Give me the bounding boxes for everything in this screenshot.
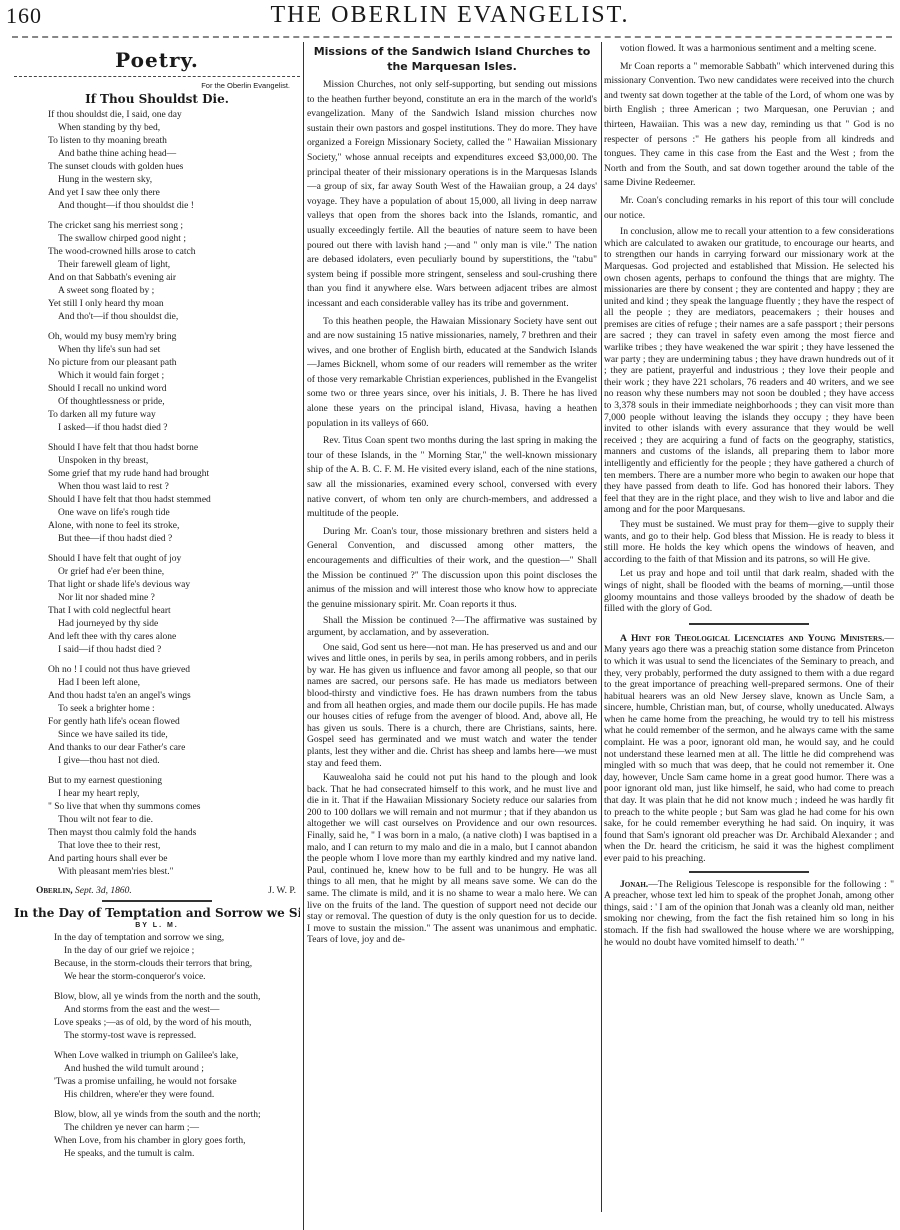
poem-title: In the Day of Temptation and Sorrow we S…	[14, 906, 300, 920]
paragraph: To this heathen people, the Hawaian Miss…	[307, 315, 597, 432]
poem-line: The swallow chirped good night ;	[48, 233, 300, 246]
poem-line: And bathe thine aching head—	[48, 148, 300, 161]
column-divider	[303, 42, 304, 1230]
poem-line: That light or shade life's devious way	[48, 579, 300, 592]
poem-line: Should I have felt that thou hadst borne	[48, 442, 300, 455]
hint-body: —Many years ago there was a preachig sta…	[604, 633, 894, 864]
article-body-continued: Shall the Mission be continued ?—The aff…	[307, 615, 597, 946]
poem-body: If thou shouldst die, I said, one dayWhe…	[14, 109, 300, 879]
masthead-rule	[12, 36, 892, 38]
stanza: The cricket sang his merriest song ;The …	[48, 220, 300, 324]
stanza: Should I have felt that ought of joyOr g…	[48, 553, 300, 657]
poem-line: To listen to thy moaning breath	[48, 135, 300, 148]
poem-line: 'Twas a promise unfailing, he would not …	[54, 1076, 300, 1089]
poem-line: When Love walked in triumph on Galilee's…	[54, 1050, 300, 1063]
poem-line: But thee—if thou hadst died ?	[48, 533, 300, 546]
poem-line: Since we have sailed its tide,	[48, 729, 300, 742]
poem-signoff: Oberlin, Sept. 3d, 1860. J. W. P.	[36, 886, 296, 896]
poem-line: Had journeyed by thy side	[48, 618, 300, 631]
poem-line: And thought—if thou shouldst die !	[48, 200, 300, 213]
poem-line: That love thee to their rest,	[48, 840, 300, 853]
stanza: Oh no ! I could not thus have grievedHad…	[48, 664, 300, 768]
divider	[14, 76, 300, 77]
article-body: votion flowed. It was a harmonious senti…	[604, 42, 894, 223]
poem-line: The wood-crowned hills arose to catch	[48, 246, 300, 259]
poem-line: The children ye never can harm ;—	[54, 1122, 300, 1135]
poem-line: Their farewell gleam of light,	[48, 259, 300, 272]
poem-line: Oh no ! I could not thus have grieved	[48, 664, 300, 677]
article-title: Missions of the Sandwich Island Churches…	[307, 44, 597, 74]
poem-line: When thy life's sun had set	[48, 344, 300, 357]
paragraph: Kauwealoha said he could not put his han…	[307, 772, 597, 946]
paragraph: One said, God sent us here—not man. He h…	[307, 642, 597, 770]
column-continuation: votion flowed. It was a harmonious senti…	[604, 42, 894, 1230]
poem-line: And left thee with thy cares alone	[48, 631, 300, 644]
hint-heading: A Hint for Theological Licenciates and Y…	[620, 633, 884, 644]
jonah-body: —The Religious Telescope is responsible …	[604, 879, 894, 948]
poem-line: Alone, with none to feel its stroke,	[48, 520, 300, 533]
column-poetry: Poetry. For the Oberlin Evangelist. If T…	[14, 42, 300, 1230]
stanza: Blow, blow, all ye winds from the south …	[54, 1109, 300, 1161]
paragraph: During Mr. Coan's tour, those missionary…	[307, 525, 597, 613]
poem-line: To seek a brighter home :	[48, 703, 300, 716]
poem-line: Should I have felt that thou hadst stemm…	[48, 494, 300, 507]
stanza: If thou shouldst die, I said, one dayWhe…	[48, 109, 300, 213]
poem-line: Unspoken in thy breast,	[48, 455, 300, 468]
paragraph: votion flowed. It was a harmonious senti…	[604, 42, 894, 57]
section-heading-poetry: Poetry.	[14, 48, 300, 72]
poem-line: Of thoughtlessness or pride,	[48, 396, 300, 409]
stanza: When Love walked in triumph on Galilee's…	[54, 1050, 300, 1102]
divider	[689, 871, 809, 873]
poem-line: Yet still I only heard thy moan	[48, 298, 300, 311]
poem-line: And thanks to our dear Father's care	[48, 742, 300, 755]
masthead: 160 THE OBERLIN EVANGELIST.	[0, 0, 900, 34]
stanza: But to my earnest questioningI hear my h…	[48, 775, 300, 879]
poem-line: Should I recall no unkind word	[48, 383, 300, 396]
poem-title: If Thou Shouldst Die.	[14, 92, 300, 106]
poem-line: Or grief had e'er been thine,	[48, 566, 300, 579]
poem-line: Love speaks ;—as of old, by the word of …	[54, 1017, 300, 1030]
divider	[689, 623, 809, 625]
poem-line: And hushed the wild tumult around ;	[54, 1063, 300, 1076]
column-missions-article: Missions of the Sandwich Island Churches…	[307, 42, 597, 1230]
poem-line: Which it would fain forget ;	[48, 370, 300, 383]
divider	[102, 900, 212, 902]
jonah-heading: Jonah.	[620, 879, 648, 890]
poem-line: Had I been left alone,	[48, 677, 300, 690]
poem-line: And storms from the east and the west—	[54, 1004, 300, 1017]
poem-line: " So live that when thy summons comes	[48, 801, 300, 814]
poem-line: In the day of temptation and sorrow we s…	[54, 932, 300, 945]
poem-line: Should I have felt that ought of joy	[48, 553, 300, 566]
poem-line: But to my earnest questioning	[48, 775, 300, 788]
poem-line: That I with cold neglectful heart	[48, 605, 300, 618]
poem-line: Then mayst thou calmly fold the hands	[48, 827, 300, 840]
poem-line: No picture from our pleasant path	[48, 357, 300, 370]
article-body: Mission Churches, not only self-supporti…	[307, 78, 597, 612]
poem-line: A sweet song floated by ;	[48, 285, 300, 298]
jonah-article: Jonah.—The Religious Telescope is respon…	[604, 879, 894, 949]
stanza: In the day of temptation and sorrow we s…	[54, 932, 300, 984]
poem-line: And tho't—if thou shouldst die,	[48, 311, 300, 324]
poem-line: His children, where'er they were found.	[54, 1089, 300, 1102]
poem-line: And on that Sabbath's evening air	[48, 272, 300, 285]
poem-line: We hear the storm-conqueror's voice.	[54, 971, 300, 984]
poem-credit: For the Oberlin Evangelist.	[14, 81, 290, 90]
poem-line: When Love, from his chamber in glory goe…	[54, 1135, 300, 1148]
poem-line: The stormy-tost wave is repressed.	[54, 1030, 300, 1043]
poem-line: With pleasant mem'ries blest."	[48, 866, 300, 879]
poem-line: Blow, blow, all ye winds from the north …	[54, 991, 300, 1004]
poem-line: Nor lit nor shaded mine ?	[48, 592, 300, 605]
poem-line: In the day of our grief we rejoice ;	[54, 945, 300, 958]
paragraph: Mr Coan reports a " memorable Sabbath" w…	[604, 60, 894, 191]
poem-line: Because, in the storm-clouds their terro…	[54, 958, 300, 971]
poem-line: I give—thou hast not died.	[48, 755, 300, 768]
poem-dateline: Oberlin, Sept. 3d, 1860.	[36, 886, 132, 896]
hint-article: A Hint for Theological Licenciates and Y…	[604, 633, 894, 865]
poem-line: The sunset clouds with golden hues	[48, 161, 300, 174]
paragraph: In conclusion, allow me to recall your a…	[604, 226, 894, 516]
paragraph: Shall the Mission be continued ?—The aff…	[307, 615, 597, 638]
stanza: Should I have felt that thou hadst borne…	[48, 442, 300, 546]
stanza: Blow, blow, all ye winds from the north …	[54, 991, 300, 1043]
paragraph: Let us pray and hope and toil until that…	[604, 568, 894, 614]
poem-line: When thou wast laid to rest ?	[48, 481, 300, 494]
poem-author-initials: J. W. P.	[268, 886, 296, 896]
poem-body: In the day of temptation and sorrow we s…	[14, 932, 300, 1161]
poem-line: Thou wilt not fear to die.	[48, 814, 300, 827]
poem-line: I hear my heart reply,	[48, 788, 300, 801]
poem-line: And thou hadst ta'en an angel's wings	[48, 690, 300, 703]
poem-line: Oh, would my busy mem'ry bring	[48, 331, 300, 344]
paragraph: Rev. Titus Coan spent two months during …	[307, 434, 597, 522]
poem-line: When standing by thy bed,	[48, 122, 300, 135]
poem-line: He speaks, and the tumult is calm.	[54, 1148, 300, 1161]
paragraph: Mr. Coan's concluding remarks in his rep…	[604, 194, 894, 223]
poem-line: The cricket sang his merriest song ;	[48, 220, 300, 233]
poem-line: For gently hath life's ocean flowed	[48, 716, 300, 729]
column-divider	[601, 42, 602, 1212]
poem-line: One wave on life's rough tide	[48, 507, 300, 520]
newspaper-title: THE OBERLIN EVANGELIST.	[0, 2, 900, 29]
poem-byline: BY L. M.	[14, 922, 300, 929]
stanza: Oh, would my busy mem'ry bringWhen thy l…	[48, 331, 300, 435]
paragraph: They must be sustained. We must pray for…	[604, 519, 894, 565]
poem-line: I said—if thou hadst died ?	[48, 644, 300, 657]
poem-line: To darken all my future way	[48, 409, 300, 422]
poem-line: Blow, blow, all ye winds from the south …	[54, 1109, 300, 1122]
article-conclusion: In conclusion, allow me to recall your a…	[604, 226, 894, 615]
poem-line: Hung in the western sky,	[48, 174, 300, 187]
poem-line: Some grief that my rude hand had brought	[48, 468, 300, 481]
poem-line: If thou shouldst die, I said, one day	[48, 109, 300, 122]
poem-line: And yet I saw thee only there	[48, 187, 300, 200]
poem-line: And parting hours shall ever be	[48, 853, 300, 866]
poem-line: I asked—if thou hadst died ?	[48, 422, 300, 435]
paragraph: Mission Churches, not only self-supporti…	[307, 78, 597, 312]
